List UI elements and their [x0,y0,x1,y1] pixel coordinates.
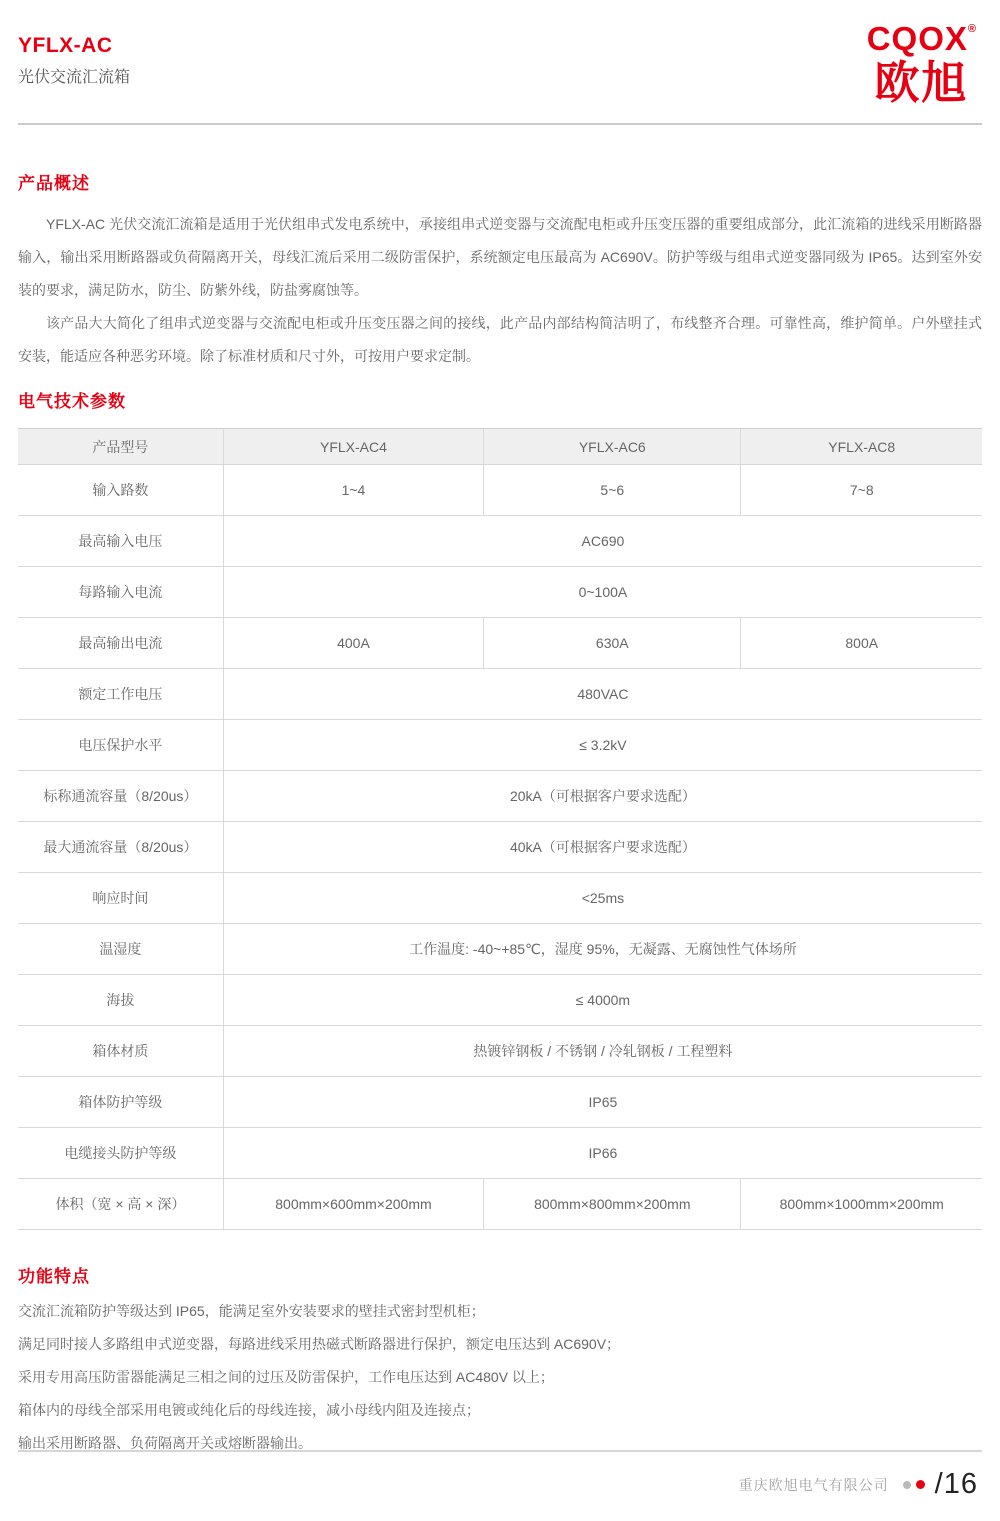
spec-label: 标称通流容量（8/20us） [18,771,223,822]
spec-row: 最高输出电流400A630A800A [18,618,982,669]
spec-label: 电压保护水平 [18,720,223,771]
brand-logo-en-row: CQOX® [867,22,976,55]
overview-paragraph: YFLX-AC 光伏交流汇流箱是适用于光伏组串式发电系统中，承接组串式逆变器与交… [18,208,982,307]
specs-header-row: 产品型号 YFLX-AC4 YFLX-AC6 YFLX-AC8 [18,429,982,465]
spec-value: 40kA（可根据客户要求选配） [223,822,982,873]
spec-row: 箱体材质热镀锌钢板 / 不锈钢 / 冷轧钢板 / 工程塑料 [18,1026,982,1077]
specs-header-cell: YFLX-AC8 [741,429,982,465]
header-divider [18,123,982,125]
spec-value: 5~6 [484,465,741,516]
spec-value: 800mm×800mm×200mm [484,1179,741,1230]
spec-row: 体积（宽 × 高 × 深）800mm×600mm×200mm800mm×800m… [18,1179,982,1230]
page-footer: 重庆欧旭电气有限公司 /16 [739,1468,978,1501]
spec-value: 400A [223,618,483,669]
brand-logo: CQOX® 欧旭 [867,22,976,105]
spec-row: 电缆接头防护等级IP66 [18,1128,982,1179]
product-subtitle: 光伏交流汇流箱 [18,64,982,87]
spec-value: 800mm×1000mm×200mm [741,1179,982,1230]
feature-item: 满足同时接人多路组申式逆变器，每路进线采用热磁式断路器进行保护，额定电压达到 A… [18,1328,982,1361]
spec-row: 最大通流容量（8/20us）40kA（可根据客户要求选配） [18,822,982,873]
feature-item: 交流汇流箱防护等级达到 IP65，能满足室外安装要求的壁挂式密封型机柜； [18,1295,982,1328]
company-name: 重庆欧旭电气有限公司 [739,1475,889,1495]
page-number: /16 [935,1468,978,1501]
spec-value: IP65 [223,1077,982,1128]
spec-value: 800A [741,618,982,669]
footer-gray-dot-icon [903,1481,911,1489]
spec-row: 额定工作电压480VAC [18,669,982,720]
spec-label: 体积（宽 × 高 × 深） [18,1179,223,1230]
spec-label: 箱体材质 [18,1026,223,1077]
features-section: 功能特点 交流汇流箱防护等级达到 IP65，能满足室外安装要求的壁挂式密封型机柜… [0,1262,1000,1460]
features-list: 交流汇流箱防护等级达到 IP65，能满足室外安装要求的壁挂式密封型机柜； 满足同… [18,1295,982,1460]
overview-heading: 产品概述 [18,169,982,194]
spec-value: 480VAC [223,669,982,720]
spec-value: 工作温度: -40~+85℃，湿度 95%，无凝露、无腐蚀性气体场所 [223,924,982,975]
spec-value: 630A [484,618,741,669]
spec-row: 最高输入电压AC690 [18,516,982,567]
brand-logo-en: CQOX [867,20,968,57]
feature-item: 采用专用高压防雷器能满足三相之间的过压及防雷保护，工作电压达到 AC480V 以… [18,1361,982,1394]
overview-section: 产品概述 YFLX-AC 光伏交流汇流箱是适用于光伏组串式发电系统中，承接组串式… [0,169,1000,373]
feature-item: 输出采用断路器、负荷隔离开关或熔断器输出。 [18,1427,982,1460]
spec-label: 电缆接头防护等级 [18,1128,223,1179]
datasheet-page: YFLX-AC 光伏交流汇流箱 CQOX® 欧旭 产品概述 YFLX-AC 光伏… [0,0,1000,1521]
spec-row: 电压保护水平≤ 3.2kV [18,720,982,771]
brand-logo-cn: 欧旭 [867,60,976,105]
spec-row: 响应时间<25ms [18,873,982,924]
specs-header-cell: YFLX-AC6 [484,429,741,465]
spec-value: AC690 [223,516,982,567]
specs-header-cell: YFLX-AC4 [223,429,483,465]
spec-value: ≤ 4000m [223,975,982,1026]
spec-value: 0~100A [223,567,982,618]
spec-row: 输入路数1~45~67~8 [18,465,982,516]
spec-label: 输入路数 [18,465,223,516]
spec-label: 最高输出电流 [18,618,223,669]
spec-value: IP66 [223,1128,982,1179]
spec-label: 温湿度 [18,924,223,975]
spec-row: 海拔≤ 4000m [18,975,982,1026]
spec-value: 7~8 [741,465,982,516]
spec-label: 海拔 [18,975,223,1026]
spec-label: 响应时间 [18,873,223,924]
specs-section: 电气技术参数 产品型号 YFLX-AC4 YFLX-AC6 YFLX-AC8 输… [0,387,1000,1230]
spec-label: 最大通流容量（8/20us） [18,822,223,873]
footer-divider [18,1450,982,1452]
spec-value: 800mm×600mm×200mm [223,1179,483,1230]
feature-item: 箱体内的母线全部采用电镀或纯化后的母线连接，减小母线内阻及连接点； [18,1394,982,1427]
spec-row: 箱体防护等级IP65 [18,1077,982,1128]
spec-label: 箱体防护等级 [18,1077,223,1128]
spec-value: ≤ 3.2kV [223,720,982,771]
spec-value: 热镀锌钢板 / 不锈钢 / 冷轧钢板 / 工程塑料 [223,1026,982,1077]
spec-row: 每路输入电流0~100A [18,567,982,618]
specs-table: 产品型号 YFLX-AC4 YFLX-AC6 YFLX-AC8 输入路数1~45… [18,428,982,1230]
features-heading: 功能特点 [18,1262,982,1287]
product-model-title: YFLX-AC [18,0,982,58]
specs-heading: 电气技术参数 [18,387,982,412]
spec-label: 每路输入电流 [18,567,223,618]
spec-value: 20kA（可根据客户要求选配） [223,771,982,822]
registered-trademark-icon: ® [968,23,976,35]
overview-paragraph: 该产品大大简化了组串式逆变器与交流配电柜或升压变压器之间的接线，此产品内部结构简… [18,307,982,373]
spec-label: 额定工作电压 [18,669,223,720]
spec-label: 最高输入电压 [18,516,223,567]
spec-value: 1~4 [223,465,483,516]
specs-header-cell: 产品型号 [18,429,223,465]
spec-row: 标称通流容量（8/20us）20kA（可根据客户要求选配） [18,771,982,822]
spec-value: <25ms [223,873,982,924]
footer-red-dot-icon [916,1480,925,1489]
page-header: YFLX-AC 光伏交流汇流箱 [0,0,1000,87]
spec-row: 温湿度工作温度: -40~+85℃，湿度 95%，无凝露、无腐蚀性气体场所 [18,924,982,975]
